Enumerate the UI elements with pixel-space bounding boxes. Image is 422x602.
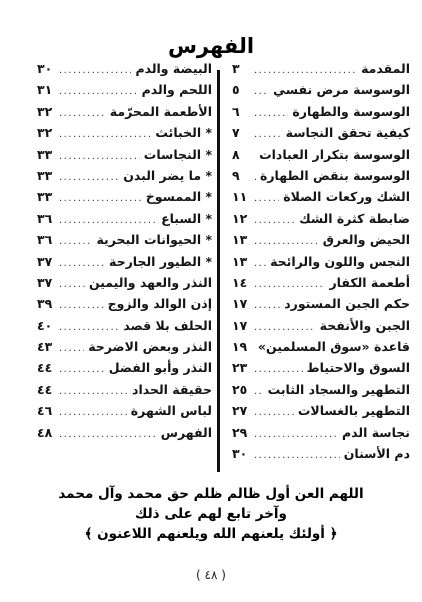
toc-entry-page: ٤٨ (37, 422, 55, 443)
toc-entry: قاعدة «سوق المسلمين»١٩ (232, 336, 410, 357)
toc-entry-title: * ما يضر البدن (123, 165, 212, 186)
toc-entry: النذر وبعض الاضرحة٤٣ (37, 336, 212, 357)
toc-entry-page: ١٣ (232, 229, 250, 250)
toc-entry-page: ١١ (232, 186, 250, 207)
toc-entry-title: الوسوسة بتكرار العبادات (259, 144, 410, 165)
toc-entry: التطهير والسجاد الثابت٢٥ (232, 379, 410, 400)
toc-entry-page: ٩ (232, 165, 250, 186)
toc-entry-title: التطهير بالغسالات (298, 400, 410, 421)
toc-entry: * النجاسات٣٣ (37, 144, 212, 165)
toc-entry: التطهير بالغسالات٢٧ (232, 400, 410, 421)
toc-entry: السوق والاحتياط٢٣ (232, 357, 410, 378)
toc-entry: الحيض والعرق١٣ (232, 229, 410, 250)
toc-entry: المقدمة٣ (232, 58, 410, 79)
toc-entry-page: ١٣ (232, 251, 250, 272)
toc-entry: النجس واللون والرائحة١٣ (232, 251, 410, 272)
toc-entry: الجبن والأنفحة١٧ (232, 315, 410, 336)
toc-entry-page: ٣٢ (37, 101, 55, 122)
column-divider (217, 70, 220, 472)
toc-entry: ضابطة كثرة الشك١٢ (232, 208, 410, 229)
toc-entry: الشك وركعات الصلاة١١ (232, 186, 410, 207)
toc-entry-title: البيضة والدم (135, 58, 212, 79)
dot-leader (59, 295, 104, 316)
dot-leader (59, 60, 131, 81)
toc-entry: * السباع٣٦ (37, 208, 212, 229)
dot-leader (254, 424, 338, 445)
toc-entry-title: الشك وركعات الصلاة (283, 186, 410, 207)
toc-entry-title: * الخبائث (155, 122, 212, 143)
dot-leader (59, 188, 142, 209)
toc-entry: النذر وأبو الفضل٤٤ (37, 357, 212, 378)
toc-entry: نجاسة الدم٢٩ (232, 422, 410, 443)
dot-leader (59, 381, 128, 402)
toc-entry-title: الوسوسة بنقض الطهارة (260, 165, 410, 186)
toc-entry-title: الفهرس (161, 422, 212, 443)
toc-entry: الفهرس٤٨ (37, 422, 212, 443)
toc-entry-page: ١٢ (232, 208, 250, 229)
toc-entry: حكم الجبن المستورد١٧ (232, 293, 410, 314)
page-title: الفهرس (0, 34, 422, 58)
dot-leader (59, 317, 119, 338)
toc-entry-page: ١٤ (232, 272, 250, 293)
toc-entry-title: لباس الشهرة (131, 400, 212, 421)
dot-leader (59, 424, 157, 445)
toc-entry-title: حكم الجبن المستورد (284, 293, 410, 314)
dot-leader (254, 445, 340, 466)
dot-leader (59, 167, 119, 188)
toc-entry-title: * الحيوانات البحرية (96, 229, 212, 250)
toc-entry-page: ٧ (232, 122, 250, 143)
dot-leader (254, 317, 316, 338)
toc-entry-title: كيفية تحقق النجاسة (286, 122, 410, 143)
toc-entry: * الخبائث٣٢ (37, 122, 212, 143)
toc-entry: الأطعمة المحرّمة٣٢ (37, 101, 212, 122)
dot-leader (254, 188, 279, 209)
toc-entry-page: ١٧ (232, 315, 250, 336)
toc-entry: حقيقة الحداد٤٤ (37, 379, 212, 400)
toc-entry-title: الحيض والعرق (323, 229, 410, 250)
toc-entry-title: الوسوسة مرض نفسي (273, 79, 410, 100)
toc-entry-title: * السباع (161, 208, 212, 229)
dot-leader (254, 103, 288, 124)
toc-entry-page: ٣٣ (37, 186, 55, 207)
toc-entry-title: السوق والاحتياط (307, 357, 410, 378)
toc-entry-title: حقيقة الحداد (132, 379, 212, 400)
toc-entry-page: ٤٠ (37, 315, 55, 336)
toc-entry-title: * النجاسات (144, 144, 212, 165)
toc-entry-title: الأطعمة المحرّمة (110, 101, 212, 122)
toc-entry-page: ٣١ (37, 79, 55, 100)
page-number: ( ٤٨ ) (0, 568, 422, 582)
dot-leader (254, 60, 357, 81)
toc-entry-page: ٤٤ (37, 357, 55, 378)
toc-entry-title: الوسوسة والطهارة (292, 101, 410, 122)
toc-entry-page: ٣ (232, 58, 250, 79)
dot-leader (254, 274, 325, 295)
toc-entry-title: اللحم والدم (142, 79, 212, 100)
dot-leader (254, 146, 255, 167)
toc-entry: النذر والعهد واليمين٣٧ (37, 272, 212, 293)
toc-entry: إذن الوالد والزوج٣٩ (37, 293, 212, 314)
toc-entry: اللحم والدم٣١ (37, 79, 212, 100)
toc-entry: * الحيوانات البحرية٣٦ (37, 229, 212, 250)
toc-entry-title: النذر والعهد واليمين (89, 272, 212, 293)
toc-entry-page: ٦ (232, 101, 250, 122)
toc-entry-title: الجبن والأنفحة (320, 315, 410, 336)
dot-leader (59, 359, 105, 380)
toc-entry-page: ٣٢ (37, 122, 55, 143)
toc-entry-page: ٥ (232, 79, 250, 100)
toc-entry-title: الحلف بلا قصد (123, 315, 212, 336)
dot-leader (59, 146, 140, 167)
toc-entry-title: قاعدة «سوق المسلمين» (258, 336, 410, 357)
toc-entry-title: * الطيور الجارحة (109, 251, 212, 272)
dot-leader (59, 253, 105, 274)
toc-entry-page: ٣٠ (232, 443, 250, 464)
toc-entry-page: ٣٦ (37, 229, 55, 250)
dot-leader (254, 231, 319, 252)
toc-entry-title: نجاسة الدم (342, 422, 410, 443)
toc-entry-page: ٢٥ (232, 379, 250, 400)
toc-entry: دم الأسنان٣٠ (232, 443, 410, 464)
toc-entry-page: ١٩ (232, 336, 250, 357)
dot-leader (254, 167, 256, 188)
dot-leader (254, 381, 264, 402)
toc-entry-title: النذر وبعض الاضرحة (88, 336, 212, 357)
toc-entry-page: ٣٣ (37, 165, 55, 186)
toc-entry: الوسوسة والطهارة٦ (232, 101, 410, 122)
toc-entry-title: النجس واللون والرائحة (270, 251, 410, 272)
toc-entry-page: ٢٧ (232, 400, 250, 421)
dot-leader (254, 359, 303, 380)
toc-entry-page: ٤٤ (37, 379, 55, 400)
toc-entry-page: ٣٣ (37, 144, 55, 165)
toc-right-column: المقدمة٣الوسوسة مرض نفسي٥الوسوسة والطهار… (232, 58, 410, 464)
toc-entry: لباس الشهرة٤٦ (37, 400, 212, 421)
dot-leader (59, 338, 84, 359)
dot-leader (254, 295, 280, 316)
prayer-line: وآخر تابع لهم على ذلك (0, 504, 422, 524)
toc-entry-page: ٣٦ (37, 208, 55, 229)
toc-entry-page: ٢٣ (232, 357, 250, 378)
toc-entry-page: ٣٠ (37, 58, 55, 79)
toc-entry-page: ٤٦ (37, 400, 55, 421)
dot-leader (254, 402, 294, 423)
toc-entry: الوسوسة مرض نفسي٥ (232, 79, 410, 100)
toc-entry-page: ٤٣ (37, 336, 55, 357)
prayer-line: ﴿ أولئك يلعنهم الله ويلعنهم اللاعنون ﴾ (0, 524, 422, 544)
toc-entry-page: ٢٩ (232, 422, 250, 443)
toc-entry-page: ١٧ (232, 293, 250, 314)
toc-entry: كيفية تحقق النجاسة٧ (232, 122, 410, 143)
toc-entry-title: النذر وأبو الفضل (109, 357, 212, 378)
dot-leader (59, 274, 85, 295)
dot-leader (254, 81, 269, 102)
toc-entry: البيضة والدم٣٠ (37, 58, 212, 79)
toc-entry: أطعمة الكفار١٤ (232, 272, 410, 293)
closing-prayer: اللهم العن أول ظالم ظلم حق محمد وآل محمد… (0, 484, 422, 544)
dot-leader (59, 210, 157, 231)
dot-leader (59, 402, 127, 423)
toc-entry: الوسوسة بتكرار العبادات٨ (232, 144, 410, 165)
toc-entry-page: ٣٧ (37, 251, 55, 272)
toc-entry: * ما يضر البدن٣٣ (37, 165, 212, 186)
dot-leader (254, 210, 295, 231)
toc-entry: الوسوسة بنقض الطهارة٩ (232, 165, 410, 186)
toc-entry-page: ٣٧ (37, 272, 55, 293)
toc-entry-page: ٨ (232, 144, 250, 165)
toc-entry: * الممسوخ٣٣ (37, 186, 212, 207)
toc-entry-title: * الممسوخ (146, 186, 212, 207)
toc-entry-title: إذن الوالد والزوج (108, 293, 212, 314)
toc-entry-title: دم الأسنان (344, 443, 410, 464)
toc-entry-title: المقدمة (361, 58, 410, 79)
dot-leader (59, 103, 106, 124)
dot-leader (254, 124, 282, 145)
prayer-line: اللهم العن أول ظالم ظلم حق محمد وآل محمد (0, 484, 422, 504)
dot-leader (59, 231, 92, 252)
dot-leader (59, 81, 138, 102)
toc-entry-title: ضابطة كثرة الشك (299, 208, 410, 229)
toc-left-column: البيضة والدم٣٠اللحم والدم٣١الأطعمة المحر… (37, 58, 212, 443)
toc-entry-title: أطعمة الكفار (329, 272, 410, 293)
table-of-contents: المقدمة٣الوسوسة مرض نفسي٥الوسوسة والطهار… (0, 58, 422, 478)
toc-entry: الحلف بلا قصد٤٠ (37, 315, 212, 336)
toc-entry: * الطيور الجارحة٣٧ (37, 251, 212, 272)
toc-entry-title: التطهير والسجاد الثابت (268, 379, 410, 400)
toc-entry-page: ٣٩ (37, 293, 55, 314)
dot-leader (254, 253, 266, 274)
dot-leader (59, 124, 151, 145)
